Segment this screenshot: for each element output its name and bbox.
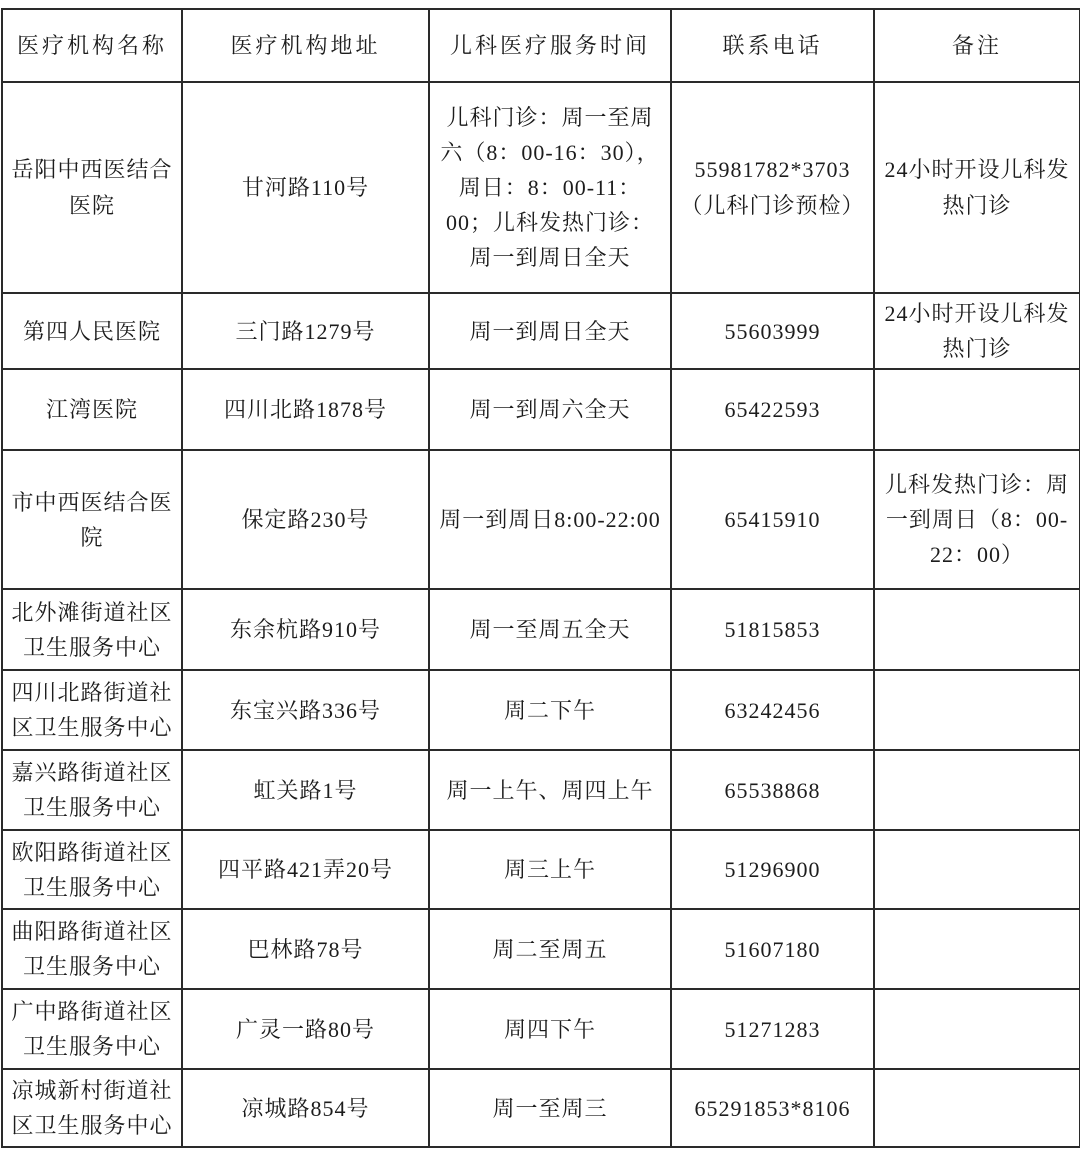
cell-name: 广中路街道社区卫生服务中心 [2,989,182,1069]
cell-note [874,670,1080,750]
cell-name: 市中西医结合医院 [2,450,182,589]
table-row: 欧阳路街道社区卫生服务中心 四平路421弄20号 周三上午 51296900 [2,830,1080,909]
cell-hours: 周一到周日8:00-22:00 [429,450,671,589]
cell-phone: 65291853*8106 [671,1069,874,1147]
cell-hours: 周一到周日全天 [429,293,671,369]
cell-note [874,369,1080,450]
cell-name: 北外滩街道社区卫生服务中心 [2,589,182,670]
cell-phone: 63242456 [671,670,874,750]
cell-hours: 儿科门诊：周一至周六（8：00-16：30），周日：8：00-11：00；儿科发… [429,82,671,293]
cell-hours: 周一到周六全天 [429,369,671,450]
cell-name: 第四人民医院 [2,293,182,369]
cell-hours: 周四下午 [429,989,671,1069]
cell-address: 凉城路854号 [182,1069,429,1147]
cell-address: 虹关路1号 [182,750,429,830]
cell-name: 凉城新村街道社区卫生服务中心 [2,1069,182,1147]
cell-name: 四川北路街道社区卫生服务中心 [2,670,182,750]
cell-phone: 51296900 [671,830,874,909]
cell-phone: 51271283 [671,989,874,1069]
cell-name: 欧阳路街道社区卫生服务中心 [2,830,182,909]
table-row: 江湾医院 四川北路1878号 周一到周六全天 65422593 [2,369,1080,450]
table-row: 广中路街道社区卫生服务中心 广灵一路80号 周四下午 51271283 [2,989,1080,1069]
cell-note [874,830,1080,909]
cell-phone: 55603999 [671,293,874,369]
table-row: 曲阳路街道社区卫生服务中心 巴林路78号 周二至周五 51607180 [2,909,1080,989]
col-header-institution-name: 医疗机构名称 [2,9,182,82]
cell-hours: 周二至周五 [429,909,671,989]
cell-note: 24小时开设儿科发热门诊 [874,82,1080,293]
cell-phone: 55981782*3703 （儿科门诊预检） [671,82,874,293]
table-row: 岳阳中西医结合医院 甘河路110号 儿科门诊：周一至周六（8：00-16：30）… [2,82,1080,293]
cell-address: 四平路421弄20号 [182,830,429,909]
col-header-remarks: 备注 [874,9,1080,82]
cell-address: 四川北路1878号 [182,369,429,450]
cell-hours: 周三上午 [429,830,671,909]
cell-note [874,989,1080,1069]
cell-note: 儿科发热门诊：周一到周日（8：00-22：00） [874,450,1080,589]
cell-note [874,1069,1080,1147]
table-row: 嘉兴路街道社区卫生服务中心 虹关路1号 周一上午、周四上午 65538868 [2,750,1080,830]
cell-address: 保定路230号 [182,450,429,589]
cell-note [874,750,1080,830]
cell-address: 东余杭路910号 [182,589,429,670]
cell-phone: 65415910 [671,450,874,589]
table-row: 北外滩街道社区卫生服务中心 东余杭路910号 周一至周五全天 51815853 [2,589,1080,670]
cell-phone: 51607180 [671,909,874,989]
cell-note [874,589,1080,670]
table-row: 第四人民医院 三门路1279号 周一到周日全天 55603999 24小时开设儿… [2,293,1080,369]
table-row: 凉城新村街道社区卫生服务中心 凉城路854号 周一至周三 65291853*81… [2,1069,1080,1147]
cell-address: 三门路1279号 [182,293,429,369]
cell-address: 巴林路78号 [182,909,429,989]
col-header-service-hours: 儿科医疗服务时间 [429,9,671,82]
table-row: 市中西医结合医院 保定路230号 周一到周日8:00-22:00 6541591… [2,450,1080,589]
cell-name: 曲阳路街道社区卫生服务中心 [2,909,182,989]
cell-note: 24小时开设儿科发热门诊 [874,293,1080,369]
medical-institutions-table: 医疗机构名称 医疗机构地址 儿科医疗服务时间 联系电话 备注 岳阳中西医结合医院… [1,8,1080,1148]
cell-hours: 周一至周三 [429,1069,671,1147]
table-row: 四川北路街道社区卫生服务中心 东宝兴路336号 周二下午 63242456 [2,670,1080,750]
cell-hours: 周二下午 [429,670,671,750]
cell-note [874,909,1080,989]
cell-name: 江湾医院 [2,369,182,450]
cell-phone: 65422593 [671,369,874,450]
cell-hours: 周一上午、周四上午 [429,750,671,830]
cell-phone: 65538868 [671,750,874,830]
col-header-institution-address: 医疗机构地址 [182,9,429,82]
document-page: 医疗机构名称 医疗机构地址 儿科医疗服务时间 联系电话 备注 岳阳中西医结合医院… [0,0,1080,1149]
cell-hours: 周一至周五全天 [429,589,671,670]
cell-address: 东宝兴路336号 [182,670,429,750]
table-header-row: 医疗机构名称 医疗机构地址 儿科医疗服务时间 联系电话 备注 [2,9,1080,82]
cell-name: 嘉兴路街道社区卫生服务中心 [2,750,182,830]
cell-name: 岳阳中西医结合医院 [2,82,182,293]
cell-address: 甘河路110号 [182,82,429,293]
col-header-phone: 联系电话 [671,9,874,82]
cell-phone: 51815853 [671,589,874,670]
cell-address: 广灵一路80号 [182,989,429,1069]
